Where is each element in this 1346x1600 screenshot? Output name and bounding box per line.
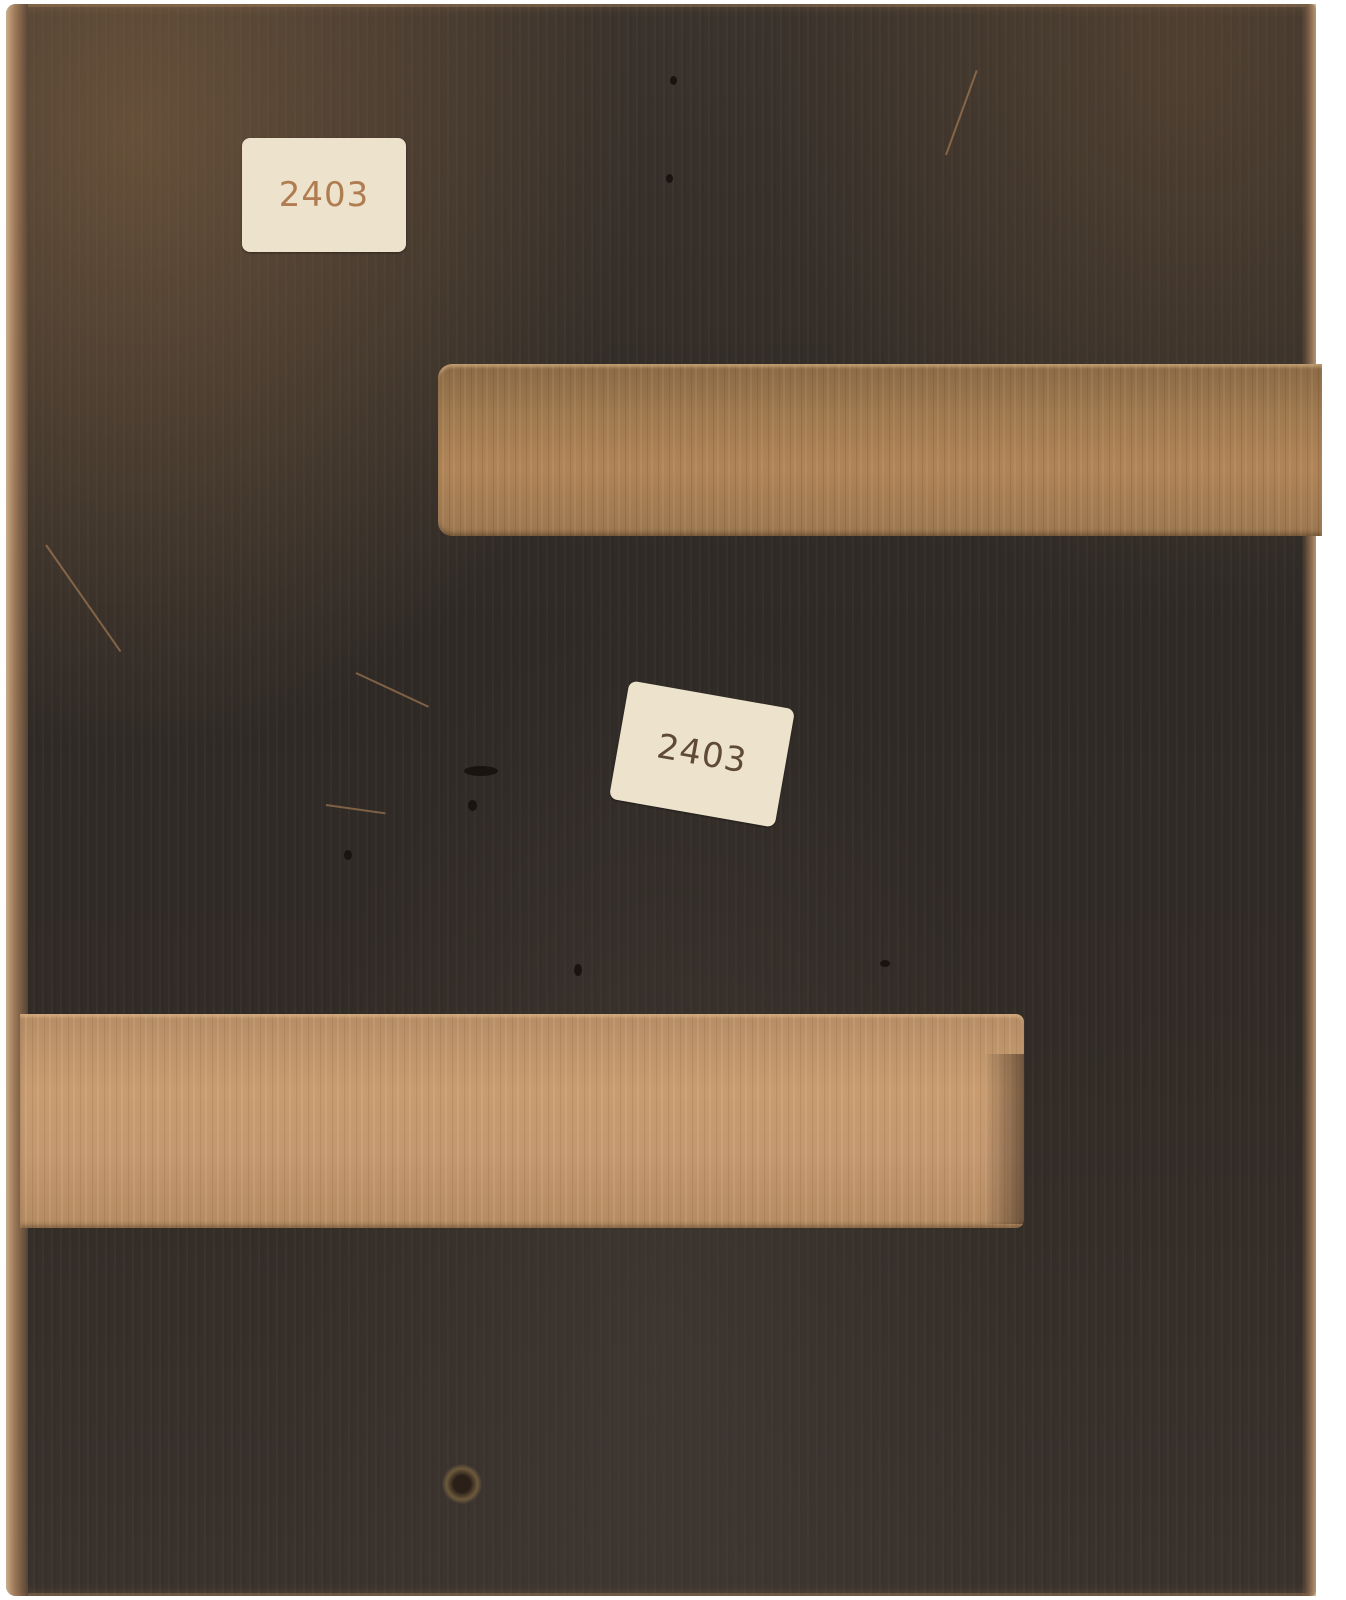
scratch-mark [45,544,121,652]
nail-hole [344,850,352,860]
wood-knot [442,1464,482,1504]
worm-hole [464,766,498,776]
inventory-label: 2403 [609,680,795,827]
inventory-number: 2403 [279,175,370,215]
scratch-mark [356,672,429,708]
upper-batten [438,364,1322,536]
panel-left-edge [6,4,28,1596]
nail-hole [670,76,677,85]
inventory-number: 2403 [654,726,750,781]
wooden-panel-back: 2403 2403 [6,4,1316,1596]
scratch-mark [326,804,386,814]
lower-batten [20,1014,1024,1228]
inventory-label: 2403 [242,138,406,252]
nail-hole [574,964,582,976]
scratch-mark [945,70,978,155]
nail-hole [880,960,890,967]
nail-hole [468,800,477,811]
nail-hole [666,174,673,183]
panel-right-edge [1302,4,1316,1596]
